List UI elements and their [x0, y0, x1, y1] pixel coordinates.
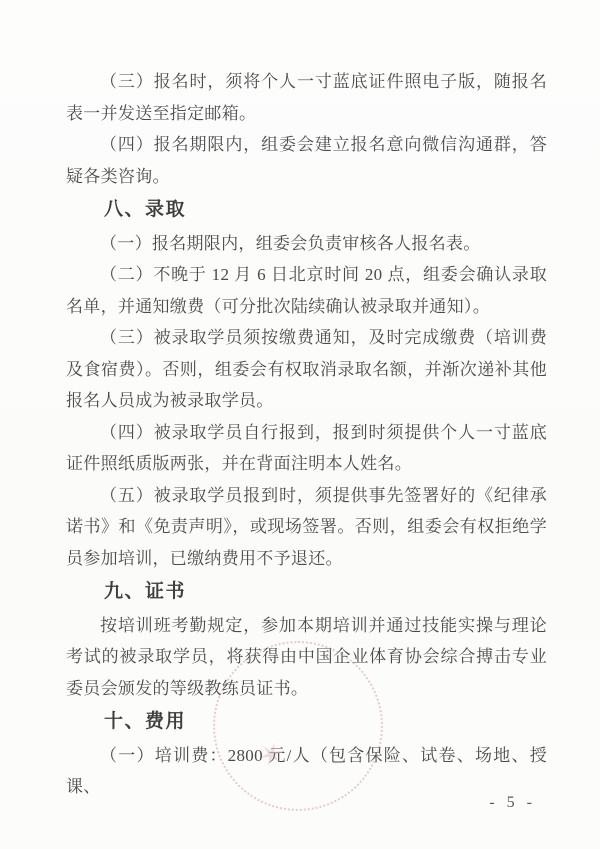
document-paragraph: （四）报名期限内，组委会建立报名意向微信沟通群，答疑各类咨询。 [66, 129, 547, 192]
document-paragraph: （一）培训费：2800 元/人（包含保险、试卷、场地、授课、 [66, 740, 547, 803]
document-paragraph: （一）报名期限内，组委会负责审核各人报名表。 [66, 228, 547, 260]
document-paragraph: （三）被录取学员须按缴费通知，及时完成缴费（培训费及食宿费）。否则，组委会有权取… [66, 322, 547, 417]
section-heading: 八、录取 [66, 194, 547, 226]
document-paragraph: （二）不晚于 12 月 6 日北京时间 20 点，组委会确认录取名单，并通知缴费… [66, 259, 547, 322]
document-paragraph: （四）被录取学员自行报到，报到时须提供个人一寸蓝底证件照纸质版两张，并在背面注明… [66, 417, 547, 480]
document-paragraph: （三）报名时，须将个人一寸蓝底证件照电子版，随报名表一并发送至指定邮箱。 [66, 66, 547, 129]
document-paragraph: 按培训班考勤规定，参加本期培训并通过技能实操与理论考试的被录取学员，将获得由中国… [66, 610, 547, 705]
section-heading: 十、费用 [66, 706, 547, 738]
document-body: （三）报名时，须将个人一寸蓝底证件照电子版，随报名表一并发送至指定邮箱。（四）报… [66, 66, 547, 803]
document-page: （三）报名时，须将个人一寸蓝底证件照电子版，随报名表一并发送至指定邮箱。（四）报… [0, 0, 600, 849]
section-heading: 九、证书 [66, 576, 547, 608]
page-number: - 5 - [489, 794, 536, 812]
document-paragraph: （五）被录取学员报到时，须提供事先签署好的《纪律承诺书》和《免责声明》，或现场签… [66, 480, 547, 575]
